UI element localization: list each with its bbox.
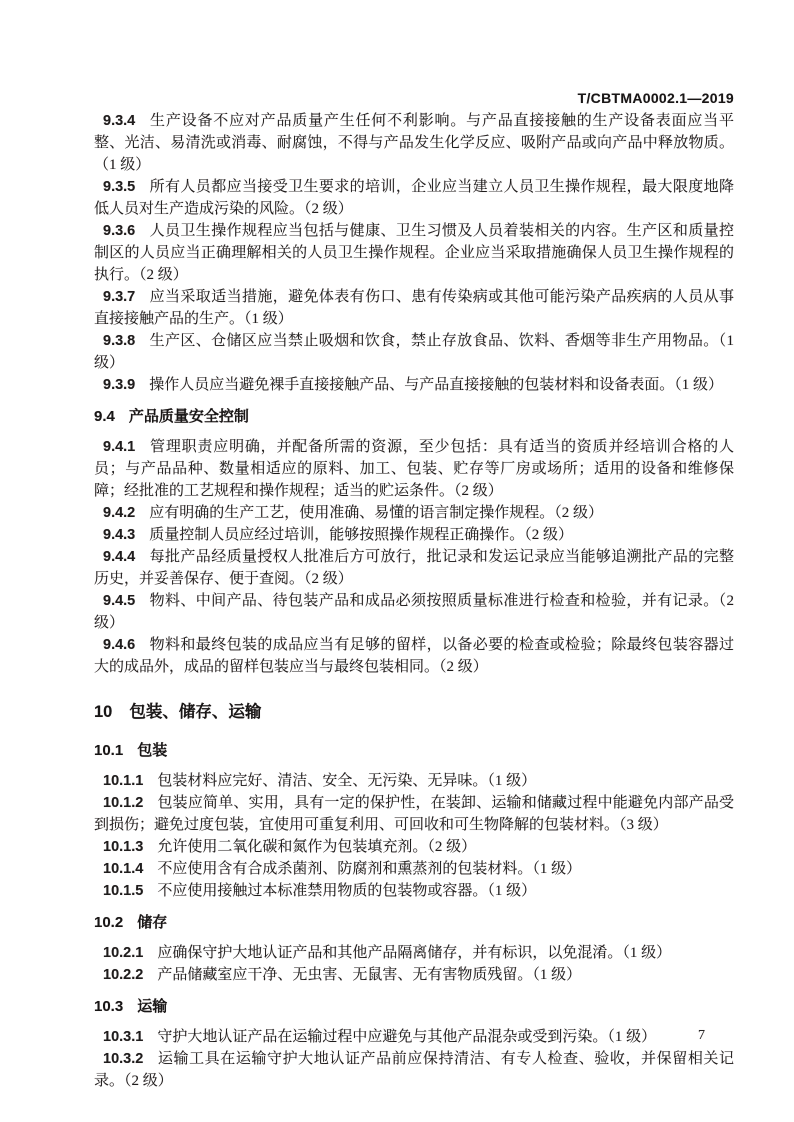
clause-text: 应确保守护大地认证产品和其他产品隔离储存，并有标识，以免混淆。（1 级） [157, 945, 671, 961]
clause-number: 10.2 [94, 914, 123, 931]
clause-text: 运输 [137, 998, 167, 1015]
clause-number: 10.1.4 [103, 861, 143, 877]
clause-number: 9.3.8 [103, 333, 135, 349]
clause-paragraph: 10.1.5不应使用接触过本标准禁用物质的包装物或容器。（1 级） [94, 880, 734, 902]
clause-number: 10.3.2 [103, 1051, 143, 1067]
clause-paragraph: 9.3.9操作人员应当避免裸手直接接触产品、与产品直接接触的包装材料和设备表面。… [94, 374, 734, 396]
clause-text: 运输工具在运输守护大地认证产品前应保持清洁、有专人检查、验收，并保留相关记录。（… [94, 1051, 734, 1089]
clause-number: 9.3.4 [103, 113, 135, 129]
clause-paragraph: 9.4.5物料、中间产品、待包装产品和成品必须按照质量标准进行检查和检验，并有记… [94, 590, 734, 634]
clause-text: 不应使用接触过本标准禁用物质的包装物或容器。（1 级） [157, 883, 536, 899]
clause-number: 9.4.2 [103, 505, 135, 521]
clause-paragraph: 10.1.2包装应简单、实用，具有一定的保护性，在装卸、运输和储藏过程中能避免内… [94, 792, 734, 836]
clause-number: 9.4 [94, 408, 115, 425]
chapter-heading: 10包装、储存、运输 [94, 700, 734, 724]
clause-text: 包装 [137, 742, 167, 759]
clause-text: 物料、中间产品、待包装产品和成品必须按照质量标准进行检查和检验，并有记录。（2 … [94, 593, 734, 631]
clause-paragraph: 10.2.1应确保守护大地认证产品和其他产品隔离储存，并有标识，以免混淆。（1 … [94, 942, 734, 964]
scanned-standard-page: T/CBTMA0002.1—2019 9.3.4生产设备不应对产品质量产生任何不… [0, 0, 794, 1122]
clause-paragraph: 10.1.4不应使用含有合成杀菌剂、防腐剂和熏蒸剂的包装材料。（1 级） [94, 858, 734, 880]
clause-paragraph: 10.3.1守护大地认证产品在运输过程中应避免与其他产品混杂或受到污染。（1 级… [94, 1026, 734, 1048]
clause-paragraph: 9.4.6物料和最终包装的成品应当有足够的留样，以备必要的检查或检验；除最终包装… [94, 634, 734, 678]
clause-paragraph: 9.4.1管理职责应明确，并配备所需的资源，至少包括：具有适当的资质并经培训合格… [94, 436, 734, 502]
clause-number: 10.2.1 [103, 945, 143, 961]
clause-number: 9.4.1 [103, 439, 135, 455]
clause-text: 生产设备不应对产品质量产生任何不利影响。与产品直接接触的生产设备表面应当平整、光… [94, 113, 734, 173]
clause-number: 10.2.2 [103, 967, 143, 983]
clause-text: 生产区、仓储区应当禁止吸烟和饮食，禁止存放食品、饮料、香烟等非生产用物品。（1 … [94, 333, 734, 371]
clause-text: 所有人员都应当接受卫生要求的培训，企业应当建立人员卫生操作规程，最大限度地降低人… [94, 179, 734, 217]
clause-text: 包装、储存、运输 [129, 703, 261, 721]
clause-text: 包装材料应完好、清洁、安全、无污染、无异味。（1 级） [157, 773, 536, 789]
clause-paragraph: 9.3.8生产区、仓储区应当禁止吸烟和饮食，禁止存放食品、饮料、香烟等非生产用物… [94, 330, 734, 374]
clause-text: 守护大地认证产品在运输过程中应避免与其他产品混杂或受到污染。（1 级） [157, 1029, 656, 1045]
clause-text: 质量控制人员应经过培训，能够按照操作规程正确操作。（2 级） [149, 527, 573, 543]
clause-number: 9.3.5 [103, 179, 135, 195]
clause-paragraph: 10.3.2运输工具在运输守护大地认证产品前应保持清洁、有专人检查、验收，并保留… [94, 1048, 734, 1092]
clause-number: 9.4.6 [103, 637, 135, 653]
clause-text: 不应使用含有合成杀菌剂、防腐剂和熏蒸剂的包装材料。（1 级） [157, 861, 581, 877]
clause-number: 10.1.5 [103, 883, 143, 899]
clause-paragraph: 10.1.1包装材料应完好、清洁、安全、无污染、无异味。（1 级） [94, 770, 734, 792]
clause-number: 10.1.2 [103, 795, 143, 811]
clause-paragraph: 9.4.3质量控制人员应经过培训，能够按照操作规程正确操作。（2 级） [94, 524, 734, 546]
clause-text: 允许使用二氧化碳和氮作为包装填充剂。（2 级） [157, 839, 476, 855]
clause-text: 应有明确的生产工艺，使用准确、易懂的语言制定操作规程。（2 级） [149, 505, 603, 521]
clause-number: 10.1 [94, 742, 123, 759]
clause-number: 9.4.3 [103, 527, 135, 543]
clause-paragraph: 10.1.3允许使用二氧化碳和氮作为包装填充剂。（2 级） [94, 836, 734, 858]
clause-text: 储存 [137, 914, 167, 931]
standard-code-header: T/CBTMA0002.1—2019 [94, 88, 734, 108]
clause-number: 10.1.1 [103, 773, 143, 789]
document-body: 9.3.4生产设备不应对产品质量产生任何不利影响。与产品直接接触的生产设备表面应… [94, 110, 734, 1092]
clause-text: 包装应简单、实用，具有一定的保护性，在装卸、运输和储藏过程中能避免内部产品受到损… [94, 795, 734, 833]
clause-text: 操作人员应当避免裸手直接接触产品、与产品直接接触的包装材料和设备表面。（1 级） [149, 377, 723, 393]
clause-text: 人员卫生操作规程应当包括与健康、卫生习惯及人员着装相关的内容。生产区和质量控制区… [94, 223, 734, 283]
clause-number: 9.3.9 [103, 377, 135, 393]
clause-text: 物料和最终包装的成品应当有足够的留样，以备必要的检查或检验；除最终包装容器过大的… [94, 637, 734, 675]
clause-paragraph: 9.3.7应当采取适当措施，避免体表有伤口、患有传染病或其他可能污染产品疾病的人… [94, 286, 734, 330]
clause-number: 9.3.7 [103, 289, 135, 305]
section-heading: 10.2储存 [94, 912, 734, 934]
clause-number: 9.3.6 [103, 223, 135, 239]
page-number: 7 [698, 1028, 705, 1044]
section-heading: 9.4产品质量安全控制 [94, 406, 734, 428]
clause-text: 管理职责应明确，并配备所需的资源，至少包括：具有适当的资质并经培训合格的人员；与… [94, 439, 734, 499]
clause-paragraph: 9.3.6人员卫生操作规程应当包括与健康、卫生习惯及人员着装相关的内容。生产区和… [94, 220, 734, 286]
clause-paragraph: 9.3.4生产设备不应对产品质量产生任何不利影响。与产品直接接触的生产设备表面应… [94, 110, 734, 176]
clause-text: 产品质量安全控制 [129, 408, 249, 425]
section-heading: 10.3运输 [94, 996, 734, 1018]
clause-number: 9.4.5 [103, 593, 135, 609]
clause-text: 应当采取适当措施，避免体表有伤口、患有传染病或其他可能污染产品疾病的人员从事直接… [94, 289, 734, 327]
clause-number: 10.3 [94, 998, 123, 1015]
clause-number: 10.3.1 [103, 1029, 143, 1045]
clause-number: 10 [94, 703, 112, 721]
clause-text: 每批产品经质量授权人批准后方可放行，批记录和发运记录应当能够追溯批产品的完整历史… [94, 549, 734, 587]
clause-number: 9.4.4 [103, 549, 135, 565]
clause-paragraph: 9.3.5所有人员都应当接受卫生要求的培训，企业应当建立人员卫生操作规程，最大限… [94, 176, 734, 220]
section-heading: 10.1包装 [94, 740, 734, 762]
clause-number: 10.1.3 [103, 839, 143, 855]
clause-paragraph: 9.4.4每批产品经质量授权人批准后方可放行，批记录和发运记录应当能够追溯批产品… [94, 546, 734, 590]
clause-paragraph: 9.4.2应有明确的生产工艺，使用准确、易懂的语言制定操作规程。（2 级） [94, 502, 734, 524]
clause-text: 产品储藏室应干净、无虫害、无鼠害、无有害物质残留。（1 级） [157, 967, 581, 983]
clause-paragraph: 10.2.2产品储藏室应干净、无虫害、无鼠害、无有害物质残留。（1 级） [94, 964, 734, 986]
